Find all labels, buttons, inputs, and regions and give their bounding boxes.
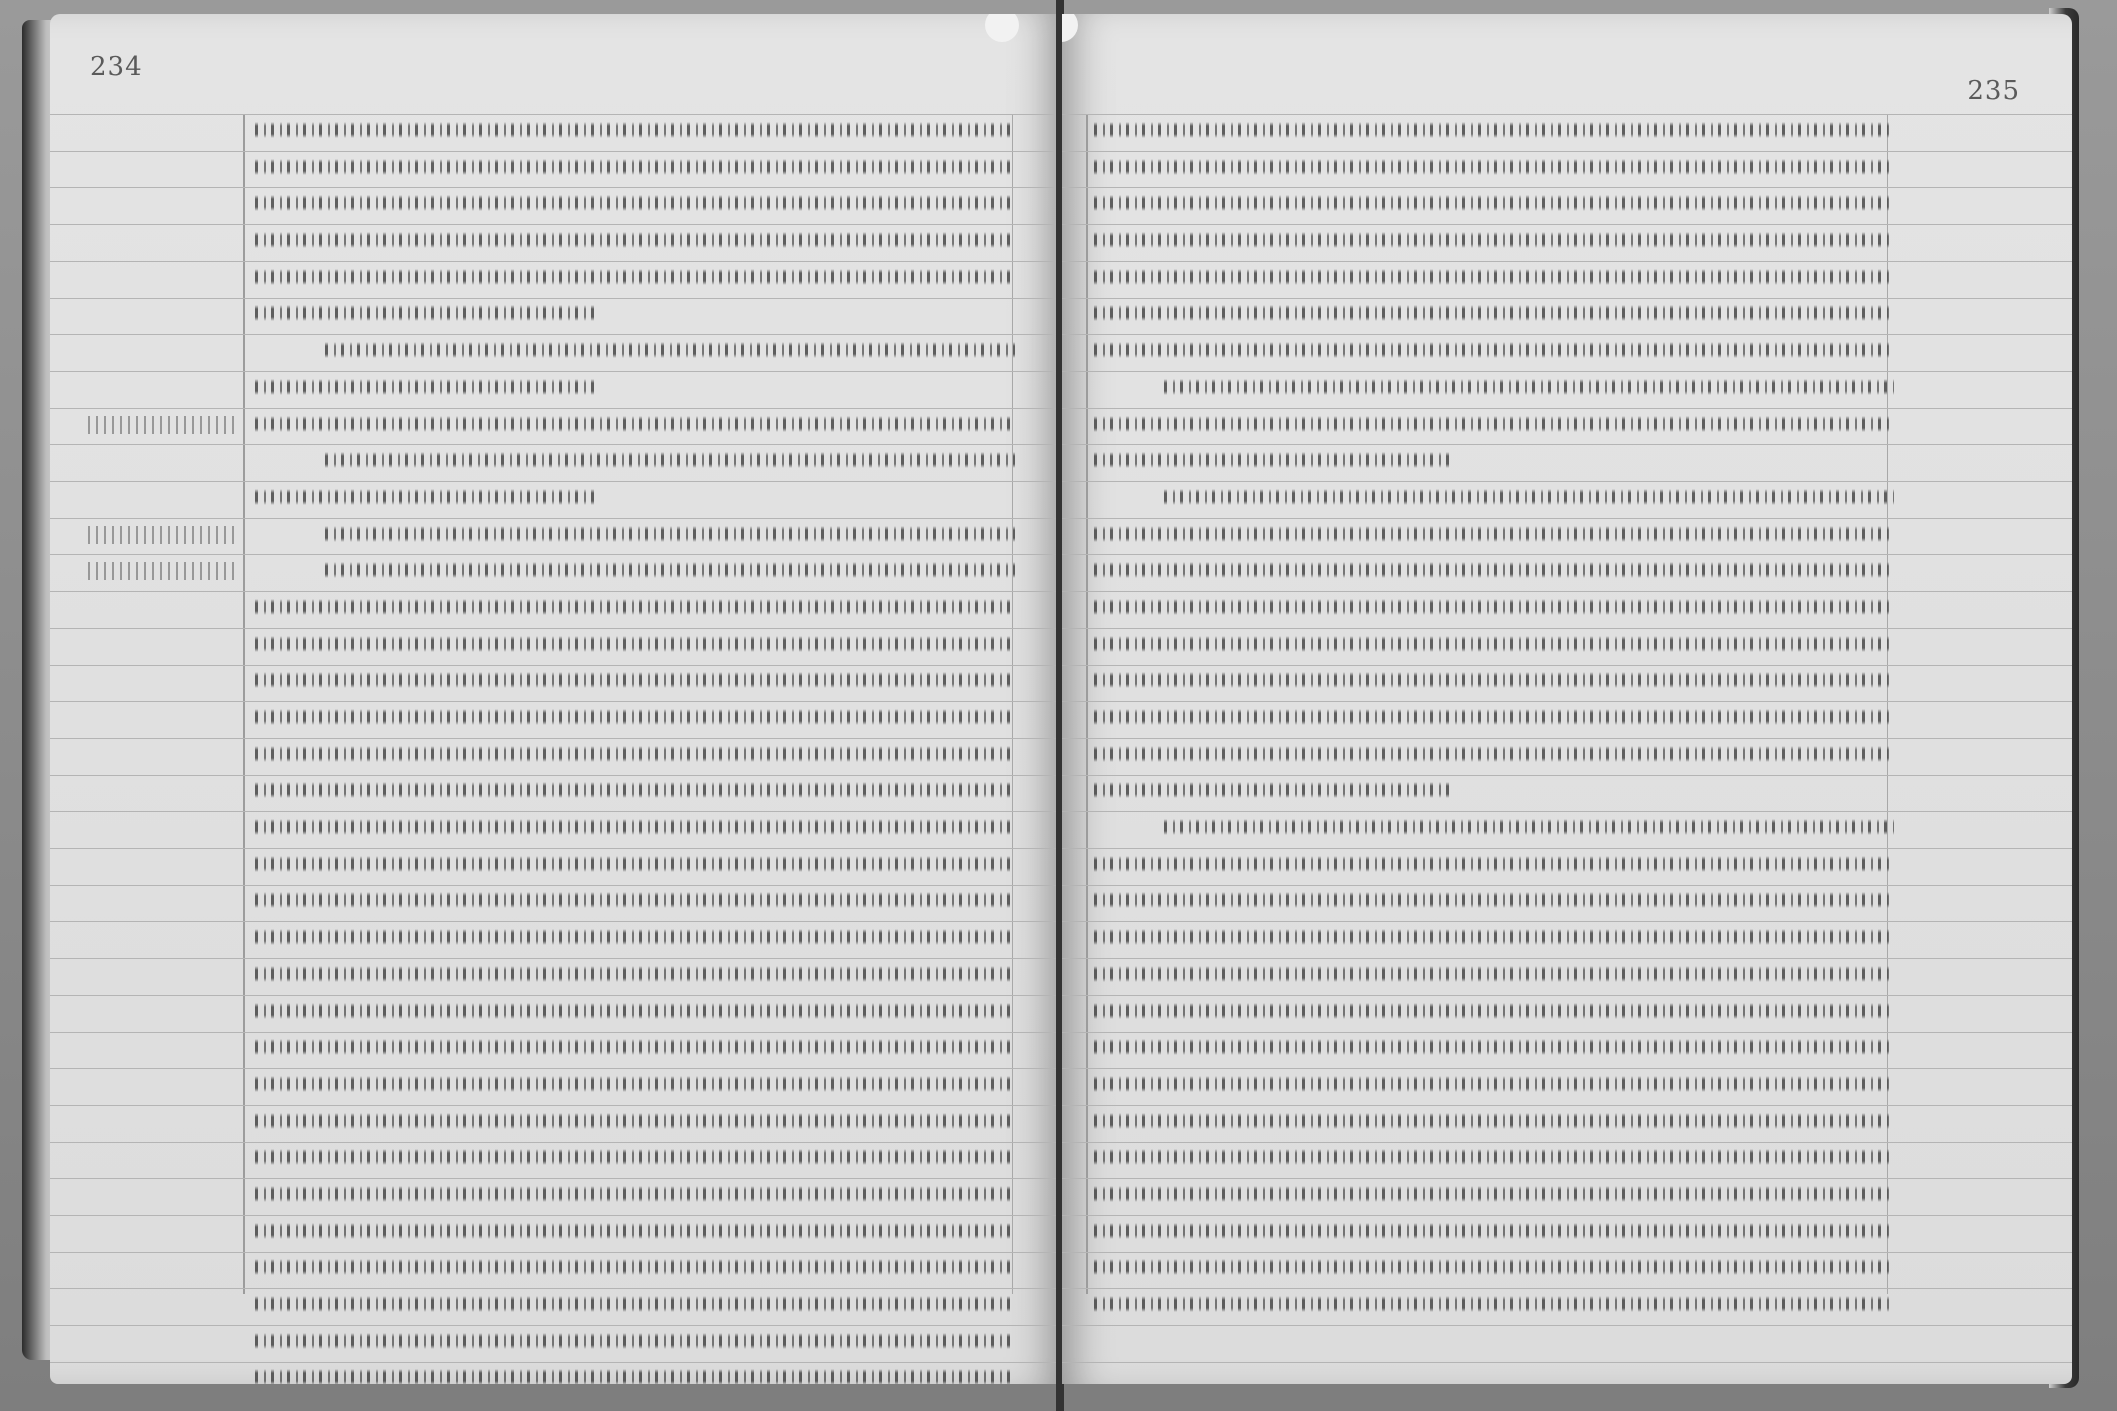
handwritten-line [1094, 332, 1894, 369]
handwritten-line [255, 149, 1015, 186]
handwriting-stroke [255, 1113, 1015, 1129]
finger-holding-page [985, 14, 1019, 42]
handwriting-stroke [1094, 599, 1894, 615]
handwriting-stroke [255, 819, 1015, 835]
handwriting-stroke [1094, 636, 1894, 652]
handwritten-line [255, 1323, 1015, 1360]
handwriting-stroke [255, 122, 1015, 138]
handwriting-stroke [255, 892, 1015, 908]
handwritten-line [255, 846, 1015, 883]
handwritten-line [1094, 1139, 1894, 1176]
handwriting-stroke [1094, 195, 1894, 211]
handwritten-line [255, 1359, 1015, 1384]
handwritten-line [1094, 589, 1894, 626]
handwritten-line [255, 185, 1015, 222]
handwritten-line [1094, 185, 1894, 222]
handwriting-stroke [255, 416, 1015, 432]
handwritten-line [1094, 295, 1894, 332]
handwritten-line [255, 736, 1015, 773]
handwriting-stroke [325, 526, 1015, 542]
handwritten-line [255, 1249, 1015, 1286]
handwriting-stroke [1094, 1076, 1894, 1092]
ruled-line [1062, 1362, 2072, 1363]
handwritten-line [1094, 369, 1894, 406]
handwritten-line [1094, 149, 1894, 186]
handwriting-stroke [255, 195, 1015, 211]
handwriting-stroke [325, 342, 1015, 358]
handwritten-line [255, 882, 1015, 919]
handwritten-text-block [1094, 112, 1894, 1323]
handwriting-stroke [255, 1186, 1015, 1202]
handwritten-line [255, 369, 1015, 406]
handwritten-line [255, 552, 1015, 589]
handwritten-line [1094, 736, 1894, 773]
handwritten-line [255, 919, 1015, 956]
handwritten-line [1094, 1103, 1894, 1140]
handwriting-stroke [255, 966, 1015, 982]
handwritten-line [1094, 1029, 1894, 1066]
handwriting-stroke [255, 1003, 1015, 1019]
handwritten-line [255, 1213, 1015, 1250]
handwritten-line [255, 1139, 1015, 1176]
handwriting-stroke [1094, 452, 1454, 468]
handwritten-line [1094, 993, 1894, 1030]
ruled-line [1062, 1325, 2072, 1326]
margin-rule [243, 114, 245, 1294]
handwritten-line [255, 259, 1015, 296]
handwriting-stroke [255, 1259, 1015, 1275]
handwritten-line [1094, 846, 1894, 883]
handwritten-line [1094, 699, 1894, 736]
handwritten-line [1094, 1066, 1894, 1103]
handwritten-line [255, 1286, 1015, 1323]
handwritten-line [1094, 516, 1894, 553]
handwritten-line [255, 112, 1015, 149]
handwriting-stroke [255, 1296, 1015, 1312]
handwritten-line [1094, 222, 1894, 259]
handwriting-stroke [1094, 892, 1894, 908]
handwritten-line [1094, 552, 1894, 589]
handwriting-stroke [1094, 159, 1894, 175]
handwritten-line [255, 406, 1015, 443]
handwritten-line [1094, 442, 1894, 479]
handwriting-stroke [1094, 1296, 1894, 1312]
handwriting-stroke [1094, 746, 1894, 762]
left-page: 234 [50, 14, 1060, 1384]
margin-note [88, 526, 238, 544]
handwritten-line [1094, 1176, 1894, 1213]
handwriting-stroke [255, 1223, 1015, 1239]
handwritten-line [255, 809, 1015, 846]
handwriting-stroke [1094, 1186, 1894, 1202]
handwritten-line [255, 1066, 1015, 1103]
handwritten-line [255, 662, 1015, 699]
handwriting-stroke [1094, 1259, 1894, 1275]
handwritten-line [255, 516, 1015, 553]
handwriting-stroke [255, 1369, 1015, 1384]
handwritten-line [255, 956, 1015, 993]
handwriting-stroke [255, 232, 1015, 248]
handwritten-line [1094, 882, 1894, 919]
handwritten-line [255, 1176, 1015, 1213]
page-number-left: 234 [90, 52, 143, 82]
margin-note [88, 562, 238, 580]
handwriting-stroke [1094, 966, 1894, 982]
handwritten-line [1094, 259, 1894, 296]
handwriting-stroke [1094, 1149, 1894, 1165]
handwriting-stroke [255, 599, 1015, 615]
handwriting-stroke [1094, 1039, 1894, 1055]
handwriting-stroke [1094, 526, 1894, 542]
handwritten-line [255, 295, 1015, 332]
handwriting-stroke [1094, 305, 1894, 321]
handwritten-line [1094, 112, 1894, 149]
handwriting-stroke [1094, 1003, 1894, 1019]
handwritten-line [255, 699, 1015, 736]
handwriting-stroke [255, 1333, 1015, 1349]
handwritten-line [1094, 809, 1894, 846]
page-number-right: 235 [1967, 76, 2020, 106]
handwriting-stroke [1094, 269, 1894, 285]
handwriting-stroke [255, 489, 597, 505]
handwritten-line [255, 1103, 1015, 1140]
handwritten-text-block [255, 112, 1015, 1384]
handwritten-line [1094, 406, 1894, 443]
handwritten-line [1094, 919, 1894, 956]
handwriting-stroke [255, 856, 1015, 872]
handwriting-stroke [255, 709, 1015, 725]
handwriting-stroke [1094, 232, 1894, 248]
handwritten-line [255, 332, 1015, 369]
handwriting-stroke [255, 636, 1015, 652]
handwriting-stroke [1094, 782, 1454, 798]
margin-rule [1086, 114, 1088, 1294]
handwriting-stroke [1094, 1113, 1894, 1129]
handwriting-stroke [255, 379, 597, 395]
handwritten-line [1094, 1213, 1894, 1250]
handwritten-line [255, 479, 1015, 516]
handwriting-stroke [1164, 489, 1894, 505]
handwriting-stroke [255, 269, 1015, 285]
handwritten-line [255, 772, 1015, 809]
handwritten-line [255, 589, 1015, 626]
handwriting-stroke [1094, 856, 1894, 872]
handwriting-stroke [255, 159, 1015, 175]
handwritten-line [1094, 479, 1894, 516]
right-page: 235 [1062, 14, 2072, 1384]
handwriting-stroke [255, 672, 1015, 688]
finger-holding-page [1062, 14, 1078, 42]
handwriting-stroke [1094, 122, 1894, 138]
handwriting-stroke [1094, 562, 1894, 578]
handwriting-stroke [1094, 1223, 1894, 1239]
handwritten-line [255, 1029, 1015, 1066]
handwriting-stroke [255, 1149, 1015, 1165]
handwritten-line [1094, 1249, 1894, 1286]
handwriting-stroke [255, 1076, 1015, 1092]
handwriting-stroke [325, 562, 1015, 578]
handwritten-line [1094, 626, 1894, 663]
handwriting-stroke [255, 929, 1015, 945]
handwriting-stroke [1094, 672, 1894, 688]
handwriting-stroke [255, 305, 597, 321]
handwritten-line [1094, 956, 1894, 993]
handwriting-stroke [1164, 819, 1894, 835]
handwriting-stroke [1094, 929, 1894, 945]
handwriting-stroke [1094, 342, 1894, 358]
handwritten-line [255, 442, 1015, 479]
handwriting-stroke [1094, 416, 1894, 432]
handwritten-line [1094, 772, 1894, 809]
handwriting-stroke [255, 782, 1015, 798]
handwriting-stroke [325, 452, 1015, 468]
handwriting-stroke [1094, 709, 1894, 725]
handwritten-line [255, 993, 1015, 1030]
handwritten-line [255, 626, 1015, 663]
handwriting-stroke [1164, 379, 1894, 395]
handwritten-line [1094, 1286, 1894, 1323]
handwriting-stroke [255, 1039, 1015, 1055]
handwritten-line [1094, 662, 1894, 699]
handwritten-line [255, 222, 1015, 259]
margin-note [88, 416, 238, 434]
handwriting-stroke [255, 746, 1015, 762]
